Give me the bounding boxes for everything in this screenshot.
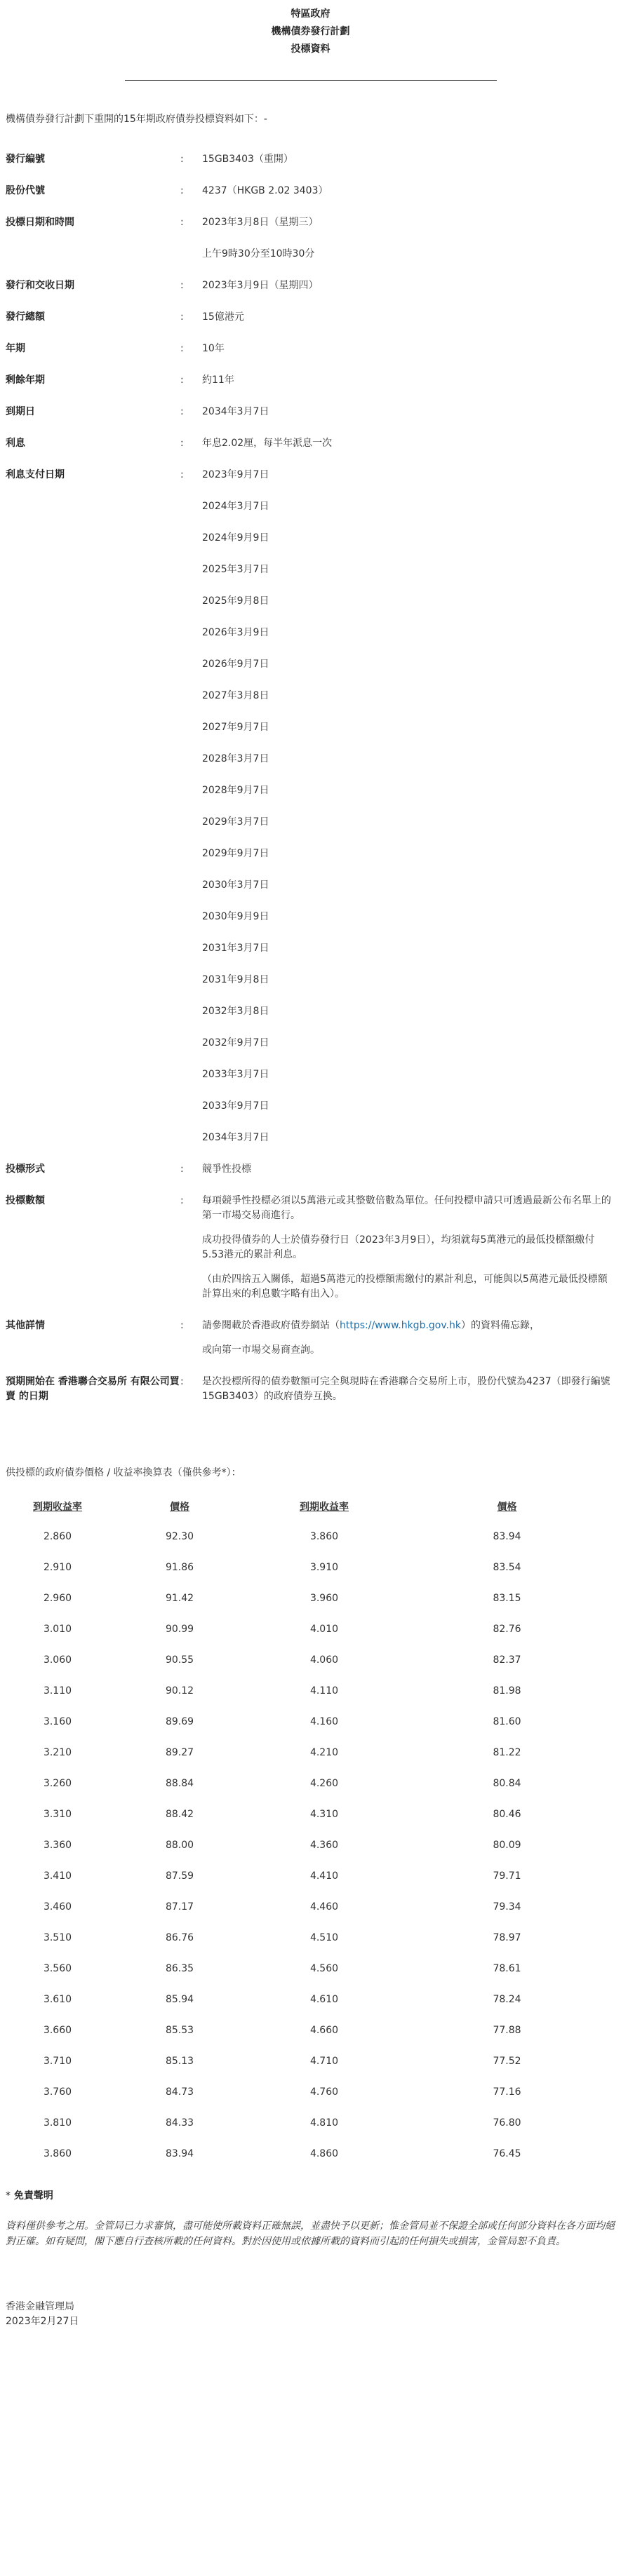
payment-date: 2026年3月9日 — [202, 626, 615, 640]
price-cell: 86.76 — [109, 1922, 250, 1953]
column-header-price: 價格 — [399, 1500, 615, 1521]
table-row: 3.06090.554.06082.37 — [6, 1645, 615, 1675]
yield-cell: 3.960 — [250, 1583, 399, 1614]
price-yield-conversion-table: 到期收益率 價格 到期收益率 價格 2.86092.303.86083.942.… — [6, 1500, 615, 2169]
price-cell: 86.35 — [109, 1953, 250, 1984]
issuer-name: 香港金融管理局 — [6, 2300, 615, 2314]
tender-time: 上午9時30分至10時30分 — [202, 247, 615, 262]
payment-date: 2031年9月8日 — [202, 973, 615, 987]
yield-cell: 3.560 — [6, 1953, 109, 1984]
yield-cell: 4.210 — [250, 1737, 399, 1768]
table-body: 2.86092.303.86083.942.91091.863.91083.54… — [6, 1521, 615, 2169]
payment-date: 2030年3月7日 — [202, 878, 615, 893]
yield-cell: 3.610 — [6, 1984, 109, 2015]
info-label: 預期開始在 香港聯合交易所 有限公司買賣 的日期 — [6, 1375, 180, 1404]
yield-cell: 3.460 — [6, 1891, 109, 1922]
payment-date: 2028年9月7日 — [202, 783, 615, 798]
table-row: 3.86083.944.86076.45 — [6, 2138, 615, 2169]
price-cell: 85.94 — [109, 1984, 250, 2015]
payment-date: 2030年9月9日 — [202, 910, 615, 924]
table-row: 3.41087.594.41079.71 — [6, 1861, 615, 1891]
info-value: 2023年3月8日（星期三） 上午9時30分至10時30分 — [202, 215, 615, 262]
price-cell: 77.88 — [399, 2015, 615, 2046]
table-row: 3.51086.764.51078.97 — [6, 1922, 615, 1953]
yield-cell: 3.360 — [6, 1830, 109, 1861]
price-cell: 81.98 — [399, 1675, 615, 1706]
table-row: 2.86092.303.86083.94 — [6, 1521, 615, 1552]
table-row: 3.36088.004.36080.09 — [6, 1830, 615, 1861]
table-row: 3.81084.334.81076.80 — [6, 2108, 615, 2138]
yield-cell: 3.060 — [6, 1645, 109, 1675]
yield-cell: 4.460 — [250, 1891, 399, 1922]
yield-cell: 4.160 — [250, 1706, 399, 1737]
info-row-issue-amount: 發行總額 : 15億港元 — [6, 310, 615, 325]
price-cell: 88.84 — [109, 1768, 250, 1799]
info-row-remaining-tenor: 剩餘年期 : 約11年 — [6, 373, 615, 388]
yield-cell: 3.160 — [6, 1706, 109, 1737]
disclaimer-text: 資料僅供參考之用。金管局已力求審慎，盡可能使所載資料正確無誤，並盡快予以更新；惟… — [6, 2219, 615, 2249]
info-value: 請參閱載於香港政府債券網站（https://www.hkgb.gov.hk）的資… — [202, 1319, 615, 1358]
table-row: 3.46087.174.46079.34 — [6, 1891, 615, 1922]
yield-cell: 3.910 — [250, 1552, 399, 1583]
price-cell: 92.30 — [109, 1521, 250, 1552]
yield-cell: 4.660 — [250, 2015, 399, 2046]
colon: : — [180, 278, 202, 293]
hkgb-website-link[interactable]: https://www.hkgb.gov.hk — [340, 1320, 461, 1331]
price-cell: 90.12 — [109, 1675, 250, 1706]
price-cell: 83.15 — [399, 1583, 615, 1614]
payment-date: 2029年3月7日 — [202, 815, 615, 830]
payment-date: 2032年9月7日 — [202, 1036, 615, 1051]
yield-cell: 4.010 — [250, 1614, 399, 1645]
info-label: 利息 — [6, 436, 180, 451]
table-header-row: 到期收益率 價格 到期收益率 價格 — [6, 1500, 615, 1521]
price-cell: 90.55 — [109, 1645, 250, 1675]
price-cell: 83.54 — [399, 1552, 615, 1583]
yield-cell: 4.260 — [250, 1768, 399, 1799]
yield-cell: 4.860 — [250, 2138, 399, 2169]
intro-text: 機構債券發行計劃下重開的15年期政府債券投標資料如下：- — [6, 112, 615, 127]
title-line-2: 機構債券發行計劃 — [6, 23, 615, 41]
price-cell: 83.94 — [399, 1521, 615, 1552]
info-row-tender-format: 投標形式 : 競爭性投標 — [6, 1162, 615, 1177]
price-cell: 78.24 — [399, 1984, 615, 2015]
table-row: 3.31088.424.31080.46 — [6, 1799, 615, 1830]
title-line-1: 特區政府 — [6, 6, 615, 23]
yield-cell: 4.710 — [250, 2046, 399, 2077]
info-label: 發行和交收日期 — [6, 278, 180, 293]
column-header-yield: 到期收益率 — [6, 1500, 109, 1521]
info-label: 年期 — [6, 342, 180, 356]
colon: : — [180, 373, 202, 388]
info-value: 2034年3月7日 — [202, 405, 615, 419]
info-label: 投標數額 — [6, 1194, 180, 1208]
yield-cell: 4.610 — [250, 1984, 399, 2015]
payment-date: 2025年3月7日 — [202, 562, 615, 577]
info-value: 15億港元 — [202, 310, 615, 325]
title-line-3: 投標資料 — [6, 41, 615, 58]
info-value: 約11年 — [202, 373, 615, 388]
colon: : — [180, 342, 202, 356]
signoff: 香港金融管理局 2023年2月27日 — [6, 2300, 615, 2329]
table-row: 3.26088.844.26080.84 — [6, 1768, 615, 1799]
colon: : — [180, 1375, 202, 1389]
yield-cell: 3.860 — [6, 2138, 109, 2169]
payment-date: 2027年3月8日 — [202, 689, 615, 703]
price-cell: 81.22 — [399, 1737, 615, 1768]
payment-date: 2034年3月7日 — [202, 1131, 615, 1145]
price-cell: 89.27 — [109, 1737, 250, 1768]
yield-cell: 4.110 — [250, 1675, 399, 1706]
price-cell: 77.16 — [399, 2077, 615, 2108]
yield-cell: 3.510 — [6, 1922, 109, 1953]
price-cell: 80.09 — [399, 1830, 615, 1861]
yield-cell: 3.310 — [6, 1799, 109, 1830]
yield-cell: 2.910 — [6, 1552, 109, 1583]
yield-cell: 3.210 — [6, 1737, 109, 1768]
info-row-issue-number: 發行編號 : 15GB3403（重開） — [6, 152, 615, 167]
column-header-yield: 到期收益率 — [250, 1500, 399, 1521]
info-row-stock-code: 股份代號 : 4237（HKGB 2.02 3403） — [6, 184, 615, 198]
yield-cell: 3.710 — [6, 2046, 109, 2077]
header-divider-wrap — [6, 58, 615, 86]
price-cell: 81.60 — [399, 1706, 615, 1737]
price-cell: 84.33 — [109, 2108, 250, 2138]
info-label: 投標日期和時間 — [6, 215, 180, 230]
price-cell: 78.61 — [399, 1953, 615, 1984]
info-value: 年息2.02厘，每半年派息一次 — [202, 436, 615, 451]
info-label: 發行編號 — [6, 152, 180, 167]
conversion-table-caption: 供投標的政府債券價格 / 收益率換算表（僅供參考*）： — [6, 1466, 615, 1481]
yield-cell: 4.410 — [250, 1861, 399, 1891]
price-cell: 77.52 — [399, 2046, 615, 2077]
colon: : — [180, 1162, 202, 1177]
table-row: 3.01090.994.01082.76 — [6, 1614, 615, 1645]
other-details-text-after: ）的資料備忘錄， — [461, 1320, 540, 1331]
payment-date: 2024年3月7日 — [202, 499, 615, 514]
price-cell: 87.59 — [109, 1861, 250, 1891]
disclaimer-asterisk: * — [6, 2190, 11, 2201]
yield-cell: 4.060 — [250, 1645, 399, 1675]
yield-cell: 3.410 — [6, 1861, 109, 1891]
info-label: 利息支付日期 — [6, 468, 180, 483]
table-row: 3.21089.274.21081.22 — [6, 1737, 615, 1768]
info-label: 股份代號 — [6, 184, 180, 198]
info-row-tender-amount: 投標數額 : 每項競爭性投標必須以5萬港元或其整數倍數為單位。任何投標申請只可透… — [6, 1194, 615, 1302]
interest-payment-date-list: 2023年9月7日 2024年3月7日 2024年9月9日 2025年3月7日 … — [202, 468, 615, 1145]
payment-date: 2032年3月8日 — [202, 1004, 615, 1019]
colon: : — [180, 1194, 202, 1208]
table-row: 3.11090.124.11081.98 — [6, 1675, 615, 1706]
document-page: 特區政府 機構債券發行計劃 投標資料 機構債券發行計劃下重開的15年期政府債券投… — [0, 0, 621, 2329]
price-cell: 84.73 — [109, 2077, 250, 2108]
yield-cell: 3.260 — [6, 1768, 109, 1799]
table-row: 2.91091.863.91083.54 — [6, 1552, 615, 1583]
info-value: 2023年3月9日（星期四） — [202, 278, 615, 293]
info-row-tenor: 年期 : 10年 — [6, 342, 615, 356]
info-row-issue-settlement-date: 發行和交收日期 : 2023年3月9日（星期四） — [6, 278, 615, 293]
payment-date: 2028年3月7日 — [202, 752, 615, 767]
info-label: 到期日 — [6, 405, 180, 419]
price-cell: 80.46 — [399, 1799, 615, 1830]
table-row: 3.66085.534.66077.88 — [6, 2015, 615, 2046]
info-label: 其他詳情 — [6, 1319, 180, 1333]
yield-cell: 3.810 — [6, 2108, 109, 2138]
price-cell: 82.37 — [399, 1645, 615, 1675]
info-label: 投標形式 — [6, 1162, 180, 1177]
yield-cell: 2.960 — [6, 1583, 109, 1614]
price-cell: 80.84 — [399, 1768, 615, 1799]
info-value: 是次投標所得的債券數額可完全與現時在香港聯合交易所上市，股份代號為4237（即發… — [202, 1375, 615, 1404]
info-value: 15GB3403（重開） — [202, 152, 615, 167]
price-cell: 83.94 — [109, 2138, 250, 2169]
yield-cell: 4.310 — [250, 1799, 399, 1830]
yield-cell: 4.560 — [250, 1953, 399, 1984]
info-row-interest-payment-dates: 利息支付日期 : 2023年9月7日 2024年3月7日 2024年9月9日 2… — [6, 468, 615, 1145]
tender-date: 2023年3月8日（星期三） — [202, 215, 615, 230]
price-cell: 89.69 — [109, 1706, 250, 1737]
yield-cell: 3.660 — [6, 2015, 109, 2046]
yield-cell: 4.510 — [250, 1922, 399, 1953]
other-details-para-2: 或向第一市場交易商查詢。 — [202, 1343, 615, 1358]
table-row: 2.96091.423.96083.15 — [6, 1583, 615, 1614]
header-divider — [125, 80, 497, 81]
disclaimer-heading: 免責聲明 — [14, 2190, 53, 2201]
info-value: 4237（HKGB 2.02 3403） — [202, 184, 615, 198]
payment-date: 2033年9月7日 — [202, 1099, 615, 1114]
colon: : — [180, 310, 202, 325]
price-cell: 79.34 — [399, 1891, 615, 1922]
table-row: 3.56086.354.56078.61 — [6, 1953, 615, 1984]
colon: : — [180, 468, 202, 483]
yield-cell: 3.760 — [6, 2077, 109, 2108]
table-row: 3.16089.694.16081.60 — [6, 1706, 615, 1737]
table-row: 3.76084.734.76077.16 — [6, 2077, 615, 2108]
other-details-para-1: 請參閱載於香港政府債券網站（https://www.hkgb.gov.hk）的資… — [202, 1319, 615, 1333]
info-label: 剩餘年期 — [6, 373, 180, 388]
info-row-interest: 利息 : 年息2.02厘，每半年派息一次 — [6, 436, 615, 451]
colon: : — [180, 436, 202, 451]
payment-date: 2033年3月7日 — [202, 1067, 615, 1082]
payment-date: 2024年9月9日 — [202, 531, 615, 546]
colon: : — [180, 1319, 202, 1333]
price-cell: 78.97 — [399, 1922, 615, 1953]
yield-cell: 4.360 — [250, 1830, 399, 1861]
yield-cell: 3.110 — [6, 1675, 109, 1706]
info-value: 10年 — [202, 342, 615, 356]
tender-amount-para-2: 成功投得債券的人士於債券發行日（2023年3月9日），均須就每5萬港元的最低投標… — [202, 1233, 615, 1262]
table-row: 3.61085.944.61078.24 — [6, 1984, 615, 2015]
price-cell: 88.42 — [109, 1799, 250, 1830]
info-row-other-details: 其他詳情 : 請參閱載於香港政府債券網站（https://www.hkgb.go… — [6, 1319, 615, 1358]
price-cell: 91.42 — [109, 1583, 250, 1614]
column-header-price: 價格 — [109, 1500, 250, 1521]
info-row-tender-datetime: 投標日期和時間 : 2023年3月8日（星期三） 上午9時30分至10時30分 — [6, 215, 615, 262]
price-cell: 85.53 — [109, 2015, 250, 2046]
yield-cell: 4.810 — [250, 2108, 399, 2138]
disclaimer-title: * 免責聲明 — [6, 2189, 615, 2204]
tender-amount-para-1: 每項競爭性投標必須以5萬港元或其整數倍數為單位。任何投標申請只可透過最新公布名單… — [202, 1194, 615, 1223]
payment-date: 2027年9月7日 — [202, 720, 615, 735]
info-value: 競爭性投標 — [202, 1162, 615, 1177]
tender-info-list: 發行編號 : 15GB3403（重開） 股份代號 : 4237（HKGB 2.0… — [6, 152, 615, 1404]
yield-cell: 3.010 — [6, 1614, 109, 1645]
price-cell: 87.17 — [109, 1891, 250, 1922]
price-cell: 76.80 — [399, 2108, 615, 2138]
price-cell: 76.45 — [399, 2138, 615, 2169]
tender-amount-para-3: （由於四捨五入關係，超過5萬港元的投標額需繳付的累計利息，可能與以5萬港元最低投… — [202, 1272, 615, 1302]
colon: : — [180, 215, 202, 230]
issue-date: 2023年2月27日 — [6, 2314, 615, 2329]
payment-date: 2026年9月7日 — [202, 657, 615, 672]
price-cell: 88.00 — [109, 1830, 250, 1861]
price-cell: 85.13 — [109, 2046, 250, 2077]
other-details-text-before: 請參閱載於香港政府債券網站（ — [202, 1320, 340, 1331]
price-cell: 91.86 — [109, 1552, 250, 1583]
document-header: 特區政府 機構債券發行計劃 投標資料 — [6, 0, 615, 58]
colon: : — [180, 405, 202, 419]
payment-date: 2023年9月7日 — [202, 468, 615, 483]
info-row-listing-date: 預期開始在 香港聯合交易所 有限公司買賣 的日期 : 是次投標所得的債券數額可完… — [6, 1375, 615, 1404]
info-value: 每項競爭性投標必須以5萬港元或其整數倍數為單位。任何投標申請只可透過最新公布名單… — [202, 1194, 615, 1302]
payment-date: 2025年9月8日 — [202, 594, 615, 609]
payment-date: 2029年9月7日 — [202, 847, 615, 861]
info-label: 發行總額 — [6, 310, 180, 325]
price-cell: 79.71 — [399, 1861, 615, 1891]
colon: : — [180, 152, 202, 167]
price-cell: 82.76 — [399, 1614, 615, 1645]
info-row-maturity-date: 到期日 : 2034年3月7日 — [6, 405, 615, 419]
colon: : — [180, 184, 202, 198]
yield-cell: 3.860 — [250, 1521, 399, 1552]
payment-date: 2031年3月7日 — [202, 941, 615, 956]
price-cell: 90.99 — [109, 1614, 250, 1645]
yield-cell: 4.760 — [250, 2077, 399, 2108]
yield-cell: 2.860 — [6, 1521, 109, 1552]
table-row: 3.71085.134.71077.52 — [6, 2046, 615, 2077]
